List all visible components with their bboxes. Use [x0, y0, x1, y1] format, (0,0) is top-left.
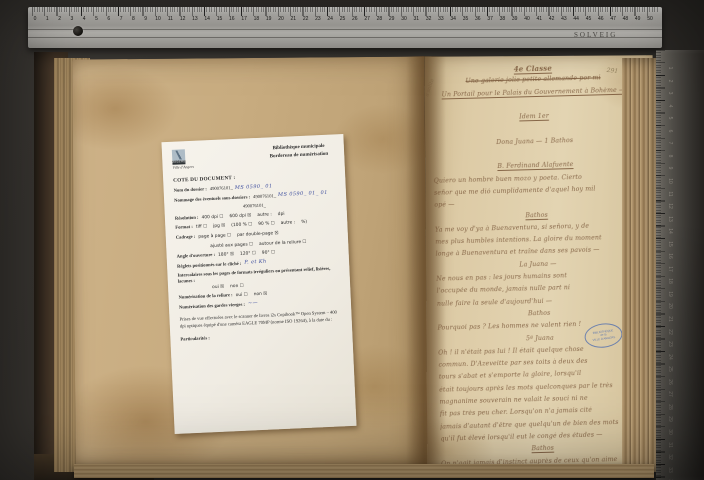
option-group: 180° ☒120° ☐90° ☐	[218, 249, 281, 257]
ville-angers-logo: ANGERS Ville d'Angers	[172, 149, 188, 170]
handwritten-value: MS 0590_ 01_ 01	[278, 190, 328, 198]
spine-shadow	[406, 56, 446, 472]
ruler-number: 30	[401, 16, 407, 22]
checkbox-checked: 600 dpi ☒	[229, 213, 251, 219]
ruler-number: 11	[168, 16, 173, 22]
checkbox-unchecked: 90 % ☐	[258, 222, 275, 228]
ruler-number: 31	[414, 16, 420, 22]
ruler-number: 50	[647, 16, 653, 22]
ruler-number: 14	[204, 16, 210, 22]
checkbox-checked: non ☒	[254, 292, 268, 298]
ruler-number: 1	[46, 16, 49, 22]
handwritten-value: MS 0590_ 01	[235, 183, 273, 191]
ruler-cm-ticks	[32, 7, 658, 16]
angers-logo-icon	[172, 149, 185, 161]
field-label: Nommage des éventuels sous-dossiers :	[174, 194, 250, 202]
ruler-number: 17	[241, 16, 247, 22]
handwritten-value: ~—	[248, 300, 258, 306]
field-label: Angle d'ouverture :	[177, 252, 216, 259]
ruler-number: 20	[278, 16, 284, 22]
ruler-number: 15	[217, 16, 223, 22]
ruler-number: 47	[610, 16, 616, 22]
logo-caption: Ville d'Angers	[173, 165, 188, 170]
ruler-number: 37	[487, 16, 493, 22]
option-group: tiff ☐jpg ☒(100 % ☐90 % ☐autre :%)	[196, 219, 313, 229]
option-text: autre :	[257, 212, 272, 218]
checkbox-unchecked: page à page ☐	[198, 233, 231, 239]
sheet-header-title: Bibliothèque municipale Bordereau de num…	[269, 143, 328, 161]
checkbox-unchecked: 90° ☐	[262, 250, 275, 256]
ruler-number: 8	[132, 16, 135, 22]
calibration-ruler-horizontal: 0123456789101112131415161718192021222324…	[28, 7, 662, 48]
digitization-photo: 0123456789101112131415161718192021222324…	[0, 0, 704, 480]
sheet-fields: Nom du dossier :490076101_MS 0590_ 01Nom…	[174, 181, 341, 311]
calibration-ruler-vertical: 1234567891011121314151617181920212223242…	[656, 50, 704, 480]
ruler-number: 35	[463, 16, 469, 22]
ruler-number: 6	[107, 16, 110, 22]
sheet-header: ANGERS Ville d'Angers Bibliothèque munic…	[172, 142, 335, 170]
ruler-number: 40	[524, 16, 530, 22]
ruler-number: 49	[635, 16, 641, 22]
ruler-number: 16	[229, 16, 235, 22]
ruler-number: 24	[327, 16, 333, 22]
ruler-number: 28	[377, 16, 383, 22]
checkbox-unchecked: 120° ☐	[240, 251, 256, 257]
field-label: Réglets positionnés sur le cliché :	[177, 260, 242, 268]
handwritten-value: P. et Kh	[244, 259, 266, 266]
field-label: Numérisation des gardes vierges :	[179, 301, 245, 309]
right-page: 291 a solita 4e ClasseUne galerie jolie …	[425, 55, 656, 473]
printed-value: 490076101_	[243, 203, 266, 209]
option-text: %)	[301, 220, 307, 225]
angers-logo-band: ANGERS	[172, 160, 185, 165]
ruler-hanging-hole	[73, 26, 83, 36]
checkbox-checked: oui ☒	[212, 284, 224, 290]
ruler-number: 36	[475, 16, 481, 22]
ruler-number: 0	[34, 16, 37, 22]
field-label: Format :	[175, 224, 193, 230]
field-label: Nom du dossier :	[174, 187, 207, 194]
ruler-number: 45	[586, 16, 592, 22]
checkbox-unchecked: ajusté aux pages ☐	[210, 242, 253, 249]
ruler-number: 27	[364, 16, 370, 22]
page-stack-bottom-edge	[74, 464, 654, 478]
ruler-number: 33	[438, 16, 444, 22]
ruler-number: 21	[291, 16, 297, 22]
ruler-number: 41	[537, 16, 543, 22]
checkbox-unchecked: oui ☐	[236, 293, 248, 299]
ruler-number: 48	[623, 16, 629, 22]
ruler-number: 34	[450, 16, 456, 22]
ruler-number: 29	[389, 16, 395, 22]
checkbox-unchecked: tiff ☐	[196, 225, 208, 231]
ruler-number: 23	[315, 16, 321, 22]
field-label: Numérisation de la reliure :	[178, 292, 232, 299]
ruler-number: 9	[144, 16, 147, 22]
checkbox-checked: jpg ☒	[213, 224, 225, 230]
ruler-number: 25	[340, 16, 346, 22]
option-group: ajusté aux pages ☐autour de la reliure ☐	[210, 238, 312, 248]
ruler-number: 10	[155, 16, 161, 22]
option-group: page à page ☐par double-page ☒	[198, 230, 284, 239]
ruler-number: 12	[180, 16, 186, 22]
ruler-number: 42	[549, 16, 555, 22]
checkbox-unchecked: autour de la reliure ☐	[259, 239, 307, 246]
option-group: 400 dpi ☐600 dpi ☒autre :dpi	[201, 210, 290, 219]
printed-value: 490076101_	[253, 193, 276, 199]
checkbox-checked: par double-page ☒	[237, 231, 279, 238]
option-text: dpi	[278, 212, 285, 217]
checkbox-unchecked: 400 dpi ☐	[201, 214, 223, 220]
ruler-number: 3	[71, 16, 74, 22]
handwritten-manuscript-text: 4e ClasseUne galerie jolie petite allema…	[431, 61, 646, 472]
ruler-number: 18	[254, 16, 260, 22]
ruler-number: 38	[500, 16, 506, 22]
checkbox-checked: 180° ☒	[218, 252, 234, 258]
metadata-sheet: ANGERS Ville d'Angers Bibliothèque munic…	[161, 134, 356, 434]
scanner-description: Prises de vue effectuées avec le scanner…	[179, 309, 341, 330]
checkbox-unchecked: (100 % ☐	[231, 223, 252, 229]
ruler-number: 32	[426, 16, 432, 22]
printed-value: 490076101_	[210, 185, 233, 191]
ruler-number: 4	[83, 16, 86, 22]
ruler-number: 26	[352, 16, 358, 22]
particularites-label: Particularités :	[180, 330, 342, 343]
ruler-brand-label: SOLVEIG	[574, 31, 617, 39]
side-ruler-shadow	[656, 50, 704, 480]
ruler-groove	[28, 37, 662, 38]
ruler-number: 43	[561, 16, 567, 22]
checkbox-unchecked: non ☐	[230, 283, 244, 289]
ruler-number: 22	[303, 16, 309, 22]
ruler-number: 5	[95, 16, 98, 22]
field-label: Résolution :	[175, 214, 199, 220]
ruler-number: 39	[512, 16, 518, 22]
ruler-number: 19	[266, 16, 272, 22]
ruler-number: 46	[598, 16, 604, 22]
option-text: autre :	[281, 221, 296, 227]
option-group: oui ☐non ☒	[236, 290, 274, 297]
ruler-number: 2	[58, 16, 61, 22]
ruler-number: 7	[120, 16, 123, 22]
ruler-number: 13	[192, 16, 198, 22]
field-label: Cadrage :	[176, 234, 196, 240]
ruler-groove	[28, 29, 662, 30]
ruler-number: 44	[573, 16, 579, 22]
